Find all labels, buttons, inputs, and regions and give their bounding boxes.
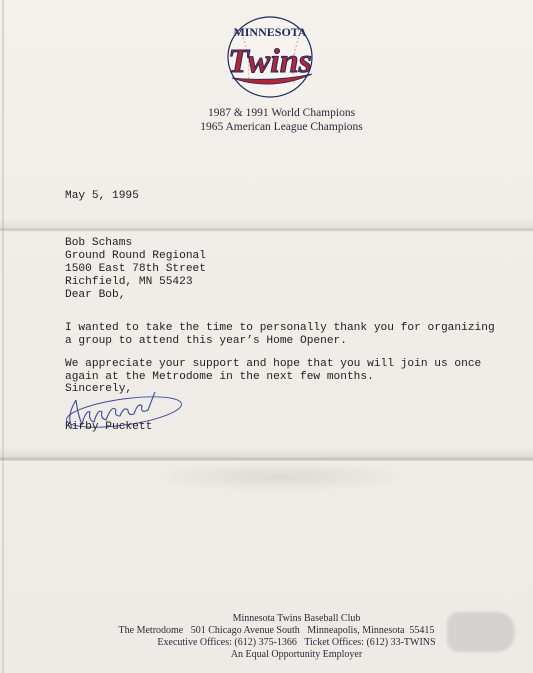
signer-name: Kirby Puckett [65,421,152,434]
address-line: Ground Round Regional [65,250,206,263]
svg-text:MINNESOTA: MINNESOTA [233,25,306,39]
letterhead-championships: 1987 & 1991 World Champions 1965 America… [0,106,533,134]
footer-line: The Metrodome 501 Chicago Avenue South M… [90,625,463,637]
header-line: 1965 American League Champions [30,120,533,134]
body-paragraph-1: I wanted to take the time to personally … [65,322,495,348]
recipient-address: Bob SchamsGround Round Regional1500 East… [65,237,206,289]
address-line: 1500 East 78th Street [65,263,206,276]
footer-line: Minnesota Twins Baseball Club [130,613,463,625]
minnesota-twins-logo-icon: MINNESOTA Twins [210,12,330,100]
letterhead-footer: Minnesota Twins Baseball Club The Metrod… [100,613,463,661]
footer-line: Executive Offices: (612) 375-1366 Ticket… [130,637,463,649]
letter-page: MINNESOTA Twins 1987 & 1991 World Champi… [0,0,533,673]
paragraph-line: a group to attend this year’s Home Opene… [65,335,495,348]
fold-crease-upper [0,218,533,232]
paper-edge [2,0,4,673]
header-line: 1987 & 1991 World Champions [30,106,533,120]
address-line: Richfield, MN 55423 [65,276,206,289]
paragraph-line: I wanted to take the time to personally … [65,322,495,335]
paper-shadow [150,462,410,492]
letter-date: May 5, 1995 [65,190,139,203]
svg-text:Twins: Twins [228,43,312,80]
salutation: Dear Bob, [65,289,125,302]
fold-crease-lower [0,448,533,462]
address-line: Bob Schams [65,237,206,250]
paragraph-line: We appreciate your support and hope that… [65,358,481,371]
gray-smudge [447,612,515,652]
footer-line: An Equal Opportunity Employer [130,649,463,661]
body-paragraph-2: We appreciate your support and hope that… [65,358,481,384]
